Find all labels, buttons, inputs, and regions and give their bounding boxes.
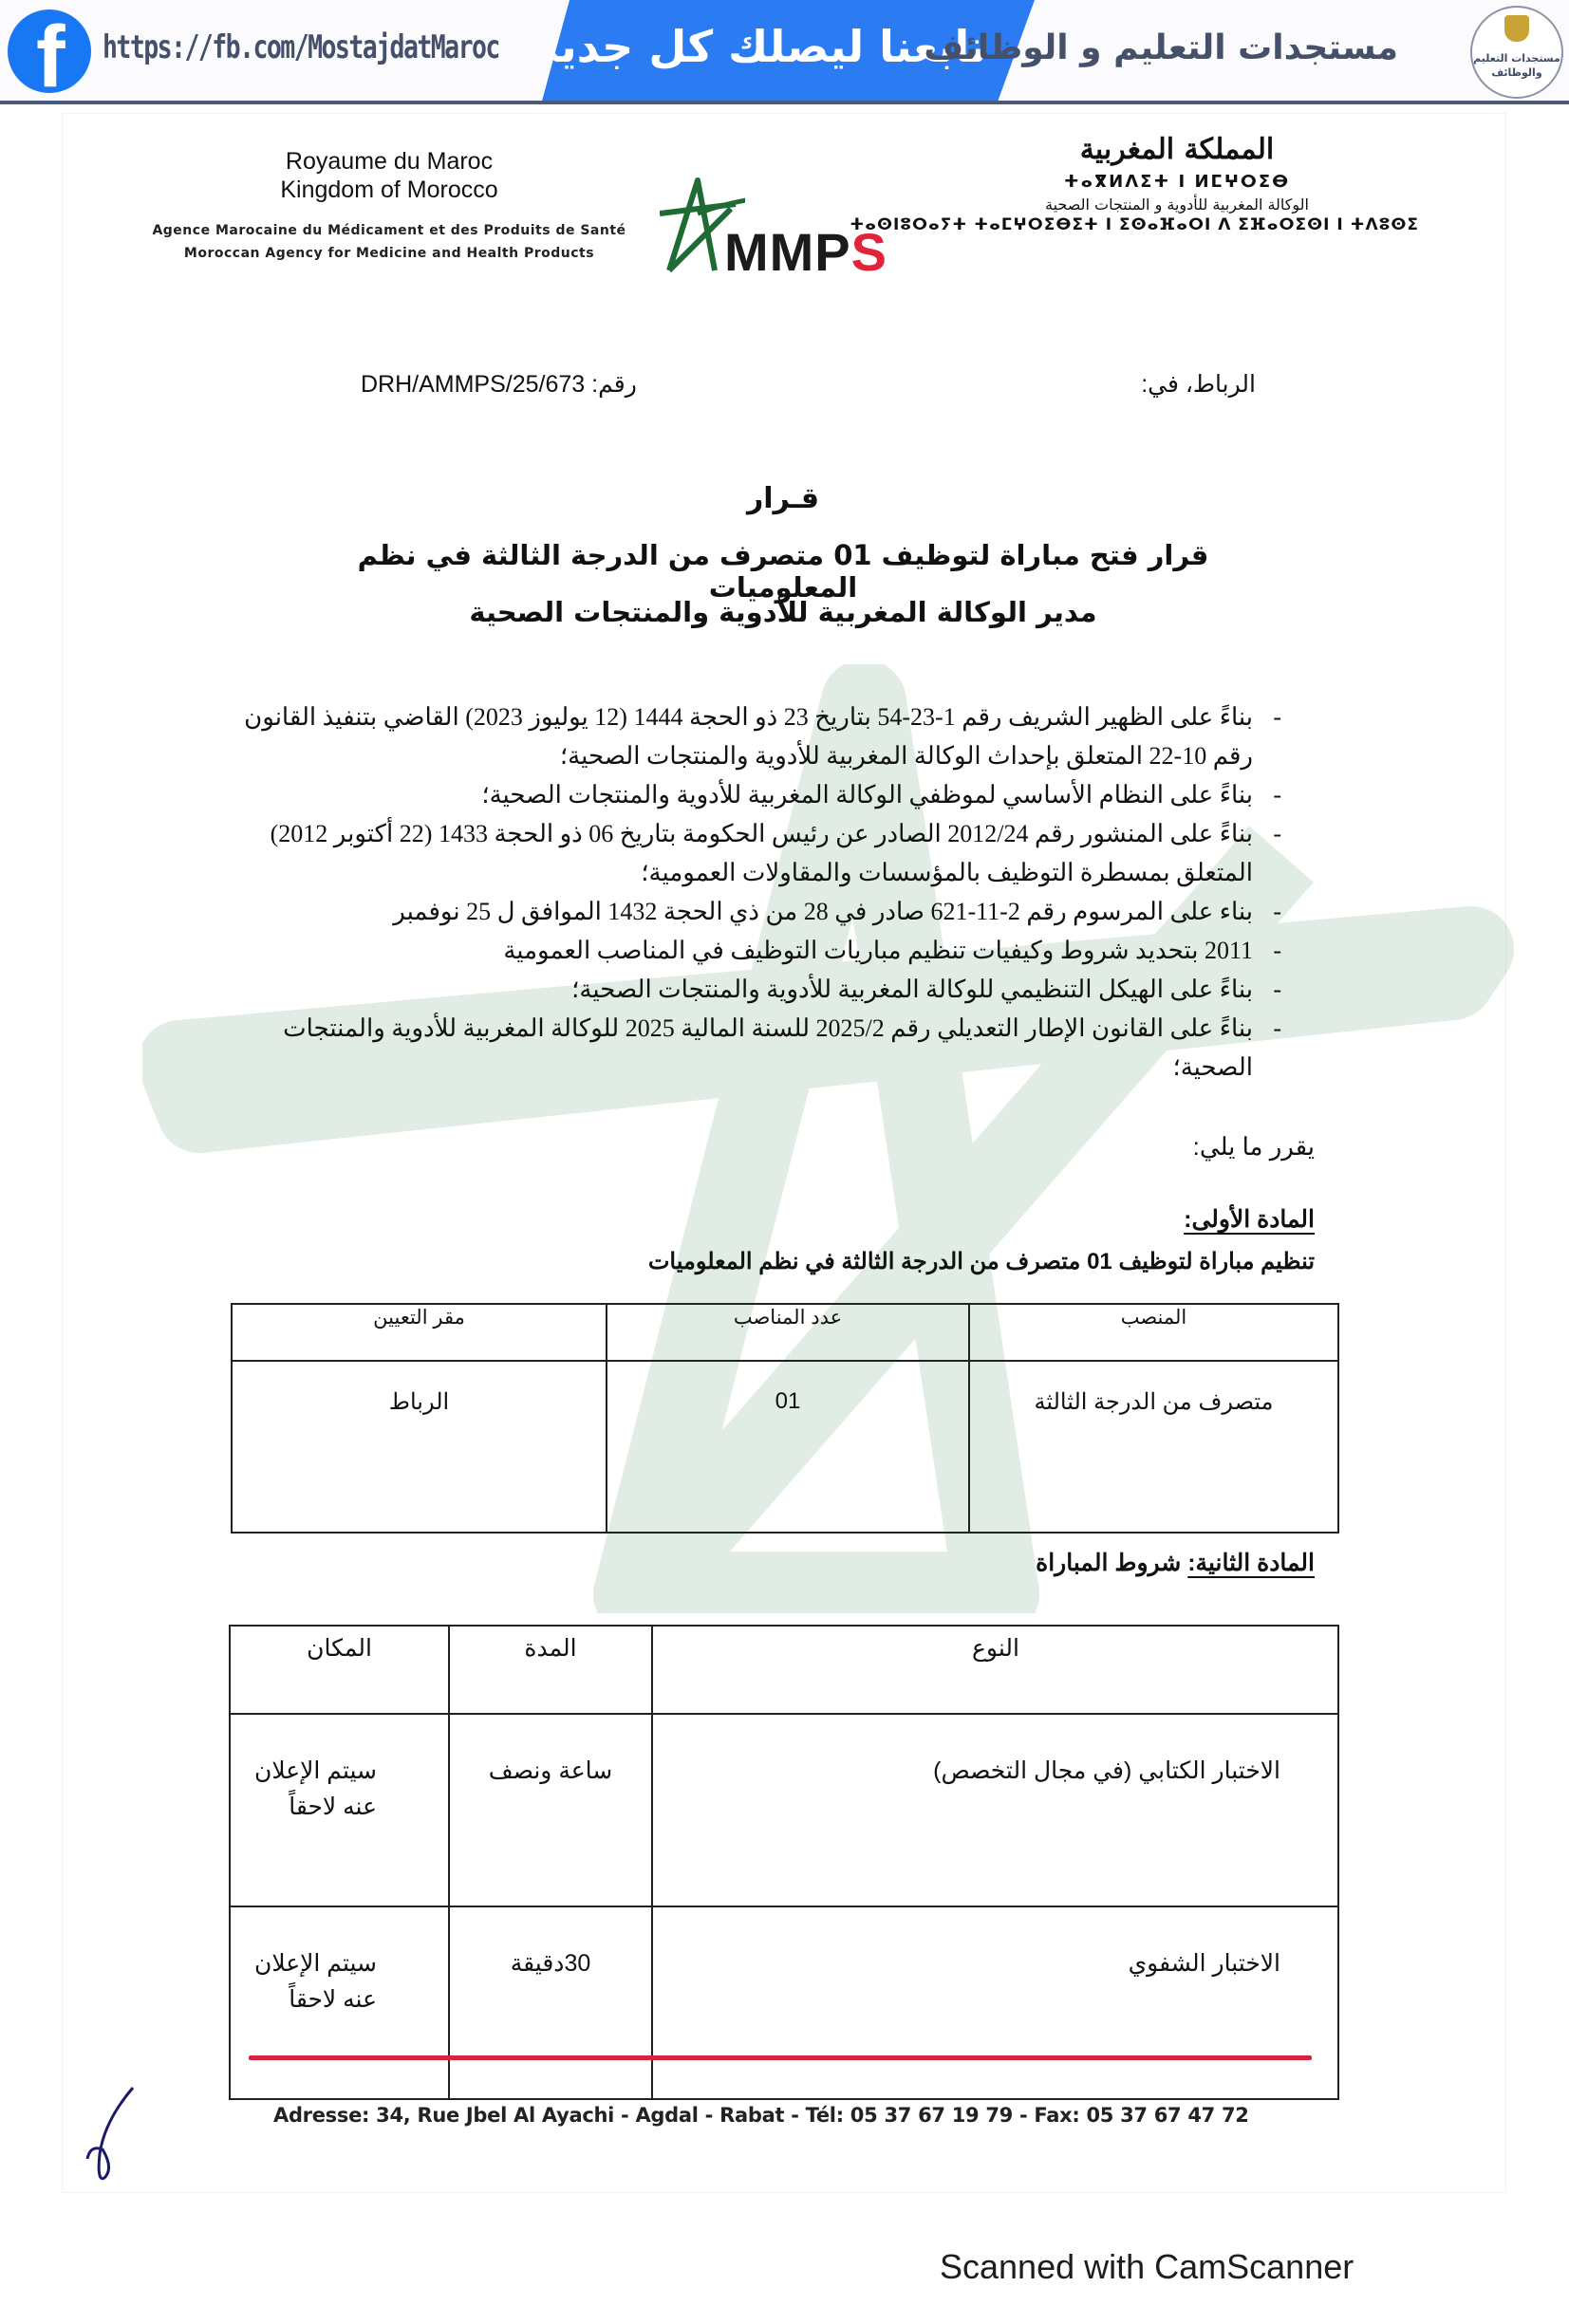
signature-icon (76, 2083, 142, 2187)
coat-of-arms-icon (1504, 15, 1529, 42)
footer-address: Adresse: 34, Rue Jbel Al Ayachi - Agdal … (273, 2104, 1249, 2127)
header-location: مقر التعيين (232, 1304, 607, 1361)
decision-title: قرار فتح مباراة لتوظيف 01 متصرف من الدرج… (285, 539, 1281, 604)
letterhead-kingdom: Kingdom of Morocco (152, 176, 626, 204)
letterhead-royaume: Royaume du Maroc (152, 147, 626, 176)
letterhead-agency-ar: الوكالة المغربية للأدوية و المنتجات الصح… (935, 195, 1419, 214)
letterhead-arabic: المملكة المغربية ⵜⴰⴳⵍⴷⵉⵜ ⵏ ⵍⵎⵖⵔⵉⴱ الوكال… (935, 133, 1419, 234)
cell-duration: 30دقيقة (449, 1906, 652, 2099)
consideration-item: بناءً على الظهير الشريف رقم 1-23-54 بتار… (237, 697, 1281, 775)
considerations-list: بناءً على الظهير الشريف رقم 1-23-54 بتار… (237, 697, 1281, 1087)
table-header-row: المنصب عدد المناصب مقر التعيين (232, 1304, 1338, 1361)
cell-type: الاختبار الشفوي (652, 1906, 1338, 2099)
table-row: الاختبار الكتابي (في مجال التخصص) ساعة و… (230, 1714, 1338, 1906)
table-row: الاختبار الشفوي 30دقيقة سيتم الإعلان عنه… (230, 1906, 1338, 2099)
table-header-row: النوع المدة المكان (230, 1626, 1338, 1714)
header-count: عدد المناصب (607, 1304, 969, 1361)
consideration-item: بناء على المرسوم رقم 2-11-621 صادر في 28… (237, 892, 1281, 931)
cell-position: متصرف من الدرجة الثالثة (969, 1361, 1338, 1533)
letterhead-agency-fr: Agence Marocaine du Médicament et des Pr… (152, 219, 626, 242)
cell-place: سيتم الإعلان عنه لاحقاً (230, 1906, 449, 2099)
header-place: المكان (230, 1626, 449, 1714)
positions-table: المنصب عدد المناصب مقر التعيين متصرف من … (231, 1303, 1339, 1534)
cell-location: الرباط (232, 1361, 607, 1533)
consideration-item: بناءً على النظام الأساسي لموظفي الوكالة … (237, 775, 1281, 814)
facebook-icon[interactable]: f (8, 9, 91, 93)
consideration-item: بناءً على القانون الإطار التعديلي رقم 20… (237, 1009, 1281, 1087)
consideration-item: 2011 بتحديد شروط وكيفيات تنظيم مباريات ا… (237, 931, 1281, 970)
site-logo: مستجدات التعليم والوظائف (1470, 6, 1563, 99)
letterhead-kingdom-ar: المملكة المغربية (935, 133, 1419, 166)
decision-heading: قـرار (285, 482, 1281, 515)
cell-count: 01 (607, 1361, 969, 1533)
place-date: الرباط، في: (1141, 370, 1256, 399)
letterhead-agency-en: Moroccan Agency for Medicine and Health … (152, 242, 626, 265)
letterhead-french: Royaume du Maroc Kingdom of Morocco Agen… (152, 147, 626, 265)
site-logo-label: مستجدات التعليم والوظائف (1472, 51, 1561, 80)
table-row: متصرف من الدرجة الثالثة 01 الرباط (232, 1361, 1338, 1533)
header-type: النوع (652, 1626, 1338, 1714)
cell-place: سيتم الإعلان عنه لاحقاً (230, 1714, 449, 1906)
decision-issuer: مدير الوكالة المغربية للأدوية والمنتجات … (285, 596, 1281, 628)
article1-title: المادة الأولى: (1184, 1205, 1315, 1234)
article2-title: المادة الثانية: (1187, 1550, 1315, 1576)
reference-line: رقم: 673/DRH/AMMPS/25 الرباط، في: (342, 370, 1256, 408)
footer-divider (249, 2055, 1312, 2060)
cell-type: الاختبار الكتابي (في مجال التخصص) (652, 1714, 1338, 1906)
letterhead-kingdom-tifinagh: ⵜⴰⴳⵍⴷⵉⵜ ⵏ ⵍⵎⵖⵔⵉⴱ (935, 172, 1419, 192)
header-duration: المدة (449, 1626, 652, 1714)
article2-heading: المادة الثانية: شروط المباراة (1036, 1549, 1315, 1577)
letterhead-agency-tifinagh: ⵜⴰⵙⵏⵓⵔⴰⵢⵜ ⵜⴰⵎⵖⵔⵉⴱⵉⵜ ⵏ ⵉⵙⴰⴼⴰⵔⵏ ⴷ ⵉⴼⴰⵔⵉⵙⵏ … (935, 215, 1419, 234)
decides-label: يقرر ما يلي: (1193, 1132, 1315, 1162)
banner-divider (0, 101, 1569, 104)
header-position: المنصب (969, 1304, 1338, 1361)
site-name: مستجدات التعليم و الوظائف (924, 28, 1398, 67)
exam-conditions-table: النوع المدة المكان الاختبار الكتابي (في … (229, 1625, 1339, 2100)
article1-text: تنظيم مباراة لتوظيف 01 متصرف من الدرجة ا… (648, 1248, 1315, 1275)
consideration-item: بناءً على المنشور رقم 2012/24 الصادر عن … (237, 814, 1281, 892)
facebook-url-link[interactable]: https://fb.com/MostajdatMaroc (103, 28, 499, 66)
cell-duration: ساعة ونصف (449, 1714, 652, 1906)
promo-banner: f https://fb.com/MostajdatMaroc تابعنا ل… (0, 0, 1569, 102)
consideration-item: بناءً على الهيكل التنظيمي للوكالة المغرب… (237, 970, 1281, 1009)
camscanner-watermark: Scanned with CamScanner (940, 2247, 1354, 2287)
article2-subtitle: شروط المباراة (1036, 1550, 1187, 1576)
reference-number: رقم: 673/DRH/AMMPS/25 (361, 370, 637, 399)
